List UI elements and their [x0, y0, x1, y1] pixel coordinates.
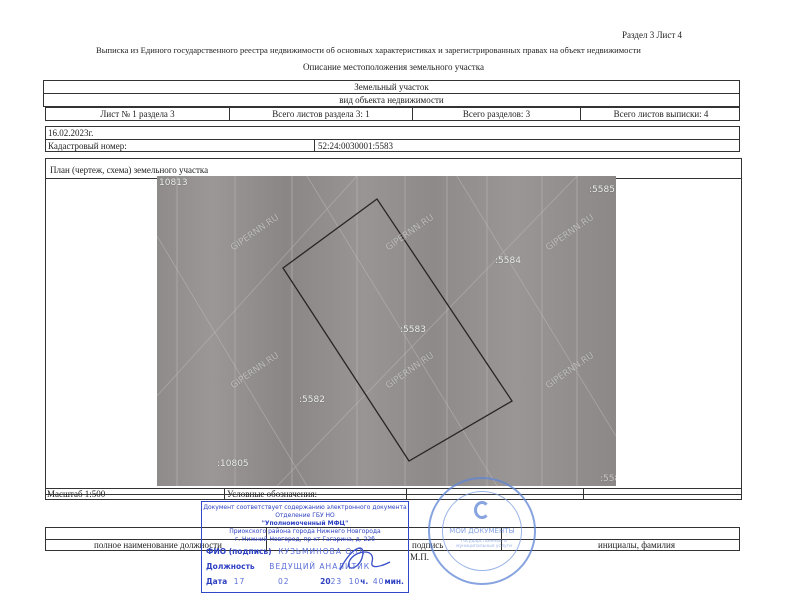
record-date: 16.02.2023г. — [48, 129, 93, 138]
date-day: 17 — [234, 577, 246, 586]
document-title: Выписка из Единого государственного реес… — [96, 46, 641, 55]
cadastral-label: Кадастровый номер: — [48, 142, 127, 151]
parcel-label-10813: 10813 — [159, 178, 188, 188]
legend-label: Условные обозначения: — [227, 490, 317, 499]
stamp-line: Документ соответствует содержанию электр… — [202, 505, 408, 511]
sheet-number: Лист № 1 раздела 3 — [46, 108, 230, 120]
object-type-box: Земельный участок вид объекта недвижимос… — [43, 80, 740, 107]
date-month: 02 — [278, 577, 290, 586]
cadastral-number: 52:24:0030001:5583 — [318, 142, 393, 151]
parcel-label-5584: :5584 — [495, 256, 521, 266]
object-type-value: Земельный участок — [44, 83, 739, 92]
position-label: Должность — [206, 562, 255, 571]
object-type-caption: вид объекта недвижимости — [44, 96, 739, 105]
handwritten-signature-icon — [332, 540, 392, 580]
parcel-label-5583: :5583 — [400, 325, 426, 335]
round-seal-stamp: МОИ ДОКУМЕНТЫ государственные и муниципа… — [428, 477, 536, 585]
seal-sub-text: государственные и муниципальные услуги — [452, 539, 516, 550]
stamp-line: Отделение ГБУ НО — [202, 513, 408, 519]
fio-label: ФИО (подпись) — [206, 547, 272, 556]
name-caption: инициалы, фамилия — [598, 541, 675, 550]
parcel-label-5585: :5585 — [589, 185, 615, 195]
map-drawing — [157, 176, 616, 486]
date-year-prefix: 20 — [320, 577, 330, 586]
logo-icon — [474, 501, 490, 519]
section-sheet-label: Раздел 3 Лист 4 — [622, 31, 682, 40]
cadastral-map: GIPERNN.RU GIPERNN.RU GIPERNN.RU GIPERNN… — [157, 176, 616, 486]
scale-label: Масштаб 1:500 — [47, 490, 105, 499]
parcel-label-10805: :10805 — [217, 459, 249, 469]
stamp-line: Приокского района города Нижнего Новгоро… — [202, 529, 408, 535]
seal-caption: М.П. — [410, 553, 429, 562]
parcel-label-5582: :5582 — [299, 395, 325, 405]
document-subtitle: Описание местоположения земельного участ… — [303, 63, 484, 72]
seal-center-text: МОИ ДОКУМЕНТЫ — [430, 527, 534, 535]
sheets-in-section: Всего листов раздела 3: 1 — [230, 108, 413, 120]
record-box: 16.02.2023г. Кадастровый номер: 52:24:00… — [45, 126, 740, 152]
certification-stamp: Документ соответствует содержанию электр… — [201, 501, 409, 593]
date-label: Дата — [206, 577, 227, 586]
legend-row: Масштаб 1:500 Условные обозначения: — [45, 488, 742, 500]
total-sections: Всего разделов: 3 — [413, 108, 581, 120]
parcel-label-5586: :5586 — [600, 474, 616, 484]
total-sheets: Всего листов выписки: 4 — [581, 108, 741, 120]
plan-title: План (чертеж, схема) земельного участка — [50, 166, 208, 175]
stamp-line: "Уполномоченный МФЦ" — [202, 521, 408, 527]
sheet-info-row: Лист № 1 раздела 3 Всего листов раздела … — [45, 107, 740, 121]
